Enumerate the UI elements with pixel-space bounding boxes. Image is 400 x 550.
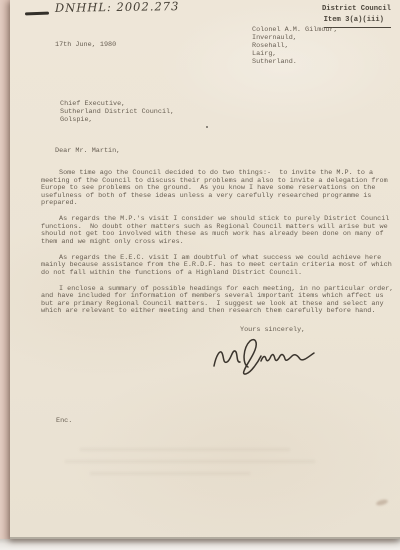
recipient-line: Lairg, [252, 50, 338, 58]
letter-line: which are relevant to either meeting and… [41, 308, 399, 316]
showthrough-mark [65, 460, 315, 463]
recipient-address: Colonel A.M. Gilmour, Invernauld, Roseha… [252, 26, 338, 66]
paper-speck [206, 126, 208, 128]
paragraph: I enclose a summary of possible headings… [41, 286, 399, 316]
header-right: District Council Item 3(a)(iii) [322, 4, 391, 28]
salutation: Dear Mr. Martin, [55, 148, 120, 156]
letter-body: Some time ago the Council decided to do … [41, 170, 399, 324]
header-council-label: District Council [322, 4, 391, 15]
letter-line: them and we might only cross wires. [41, 239, 399, 247]
letter-date: 17th June, 1980 [55, 42, 116, 50]
paper-smudge [376, 499, 389, 507]
sender-line: Golspie, [60, 116, 174, 124]
recipient-line: Sutherland. [252, 58, 338, 66]
showthrough-mark [90, 472, 250, 475]
signature [208, 334, 320, 380]
letter-line: prepared. [41, 200, 399, 208]
sender-line: Chief Executive, [60, 100, 174, 108]
photo-of-letter: DNHHL: 2002.273 District Council Item 3(… [0, 0, 400, 550]
showthrough-mark [80, 448, 290, 451]
letter-line: usefulness of both of these ideas unless… [41, 193, 399, 201]
paragraph: As regards the M.P.'s visit I consider w… [41, 216, 399, 246]
backdrop-bottom-strip [0, 539, 400, 550]
recipient-line: Invernauld, [252, 34, 338, 42]
sender-address: Chief Executive, Sutherland District Cou… [60, 100, 174, 124]
recipient-line: Rosehall, [252, 42, 338, 50]
accession-number: DNHHL: 2002.273 [55, 3, 179, 12]
letter-page: DNHHL: 2002.273 District Council Item 3(… [10, 0, 400, 539]
paragraph: Some time ago the Council decided to do … [41, 170, 399, 208]
enclosure-note: Enc. [56, 418, 72, 426]
pen-mark [25, 12, 49, 16]
letter-line: do not fall within the functions of a Hi… [41, 270, 399, 278]
recipient-line: Colonel A.M. Gilmour, [252, 26, 338, 34]
paragraph: As regards the E.E.C. visit I am doubtfu… [41, 255, 399, 278]
sender-line: Sutherland District Council, [60, 108, 174, 116]
